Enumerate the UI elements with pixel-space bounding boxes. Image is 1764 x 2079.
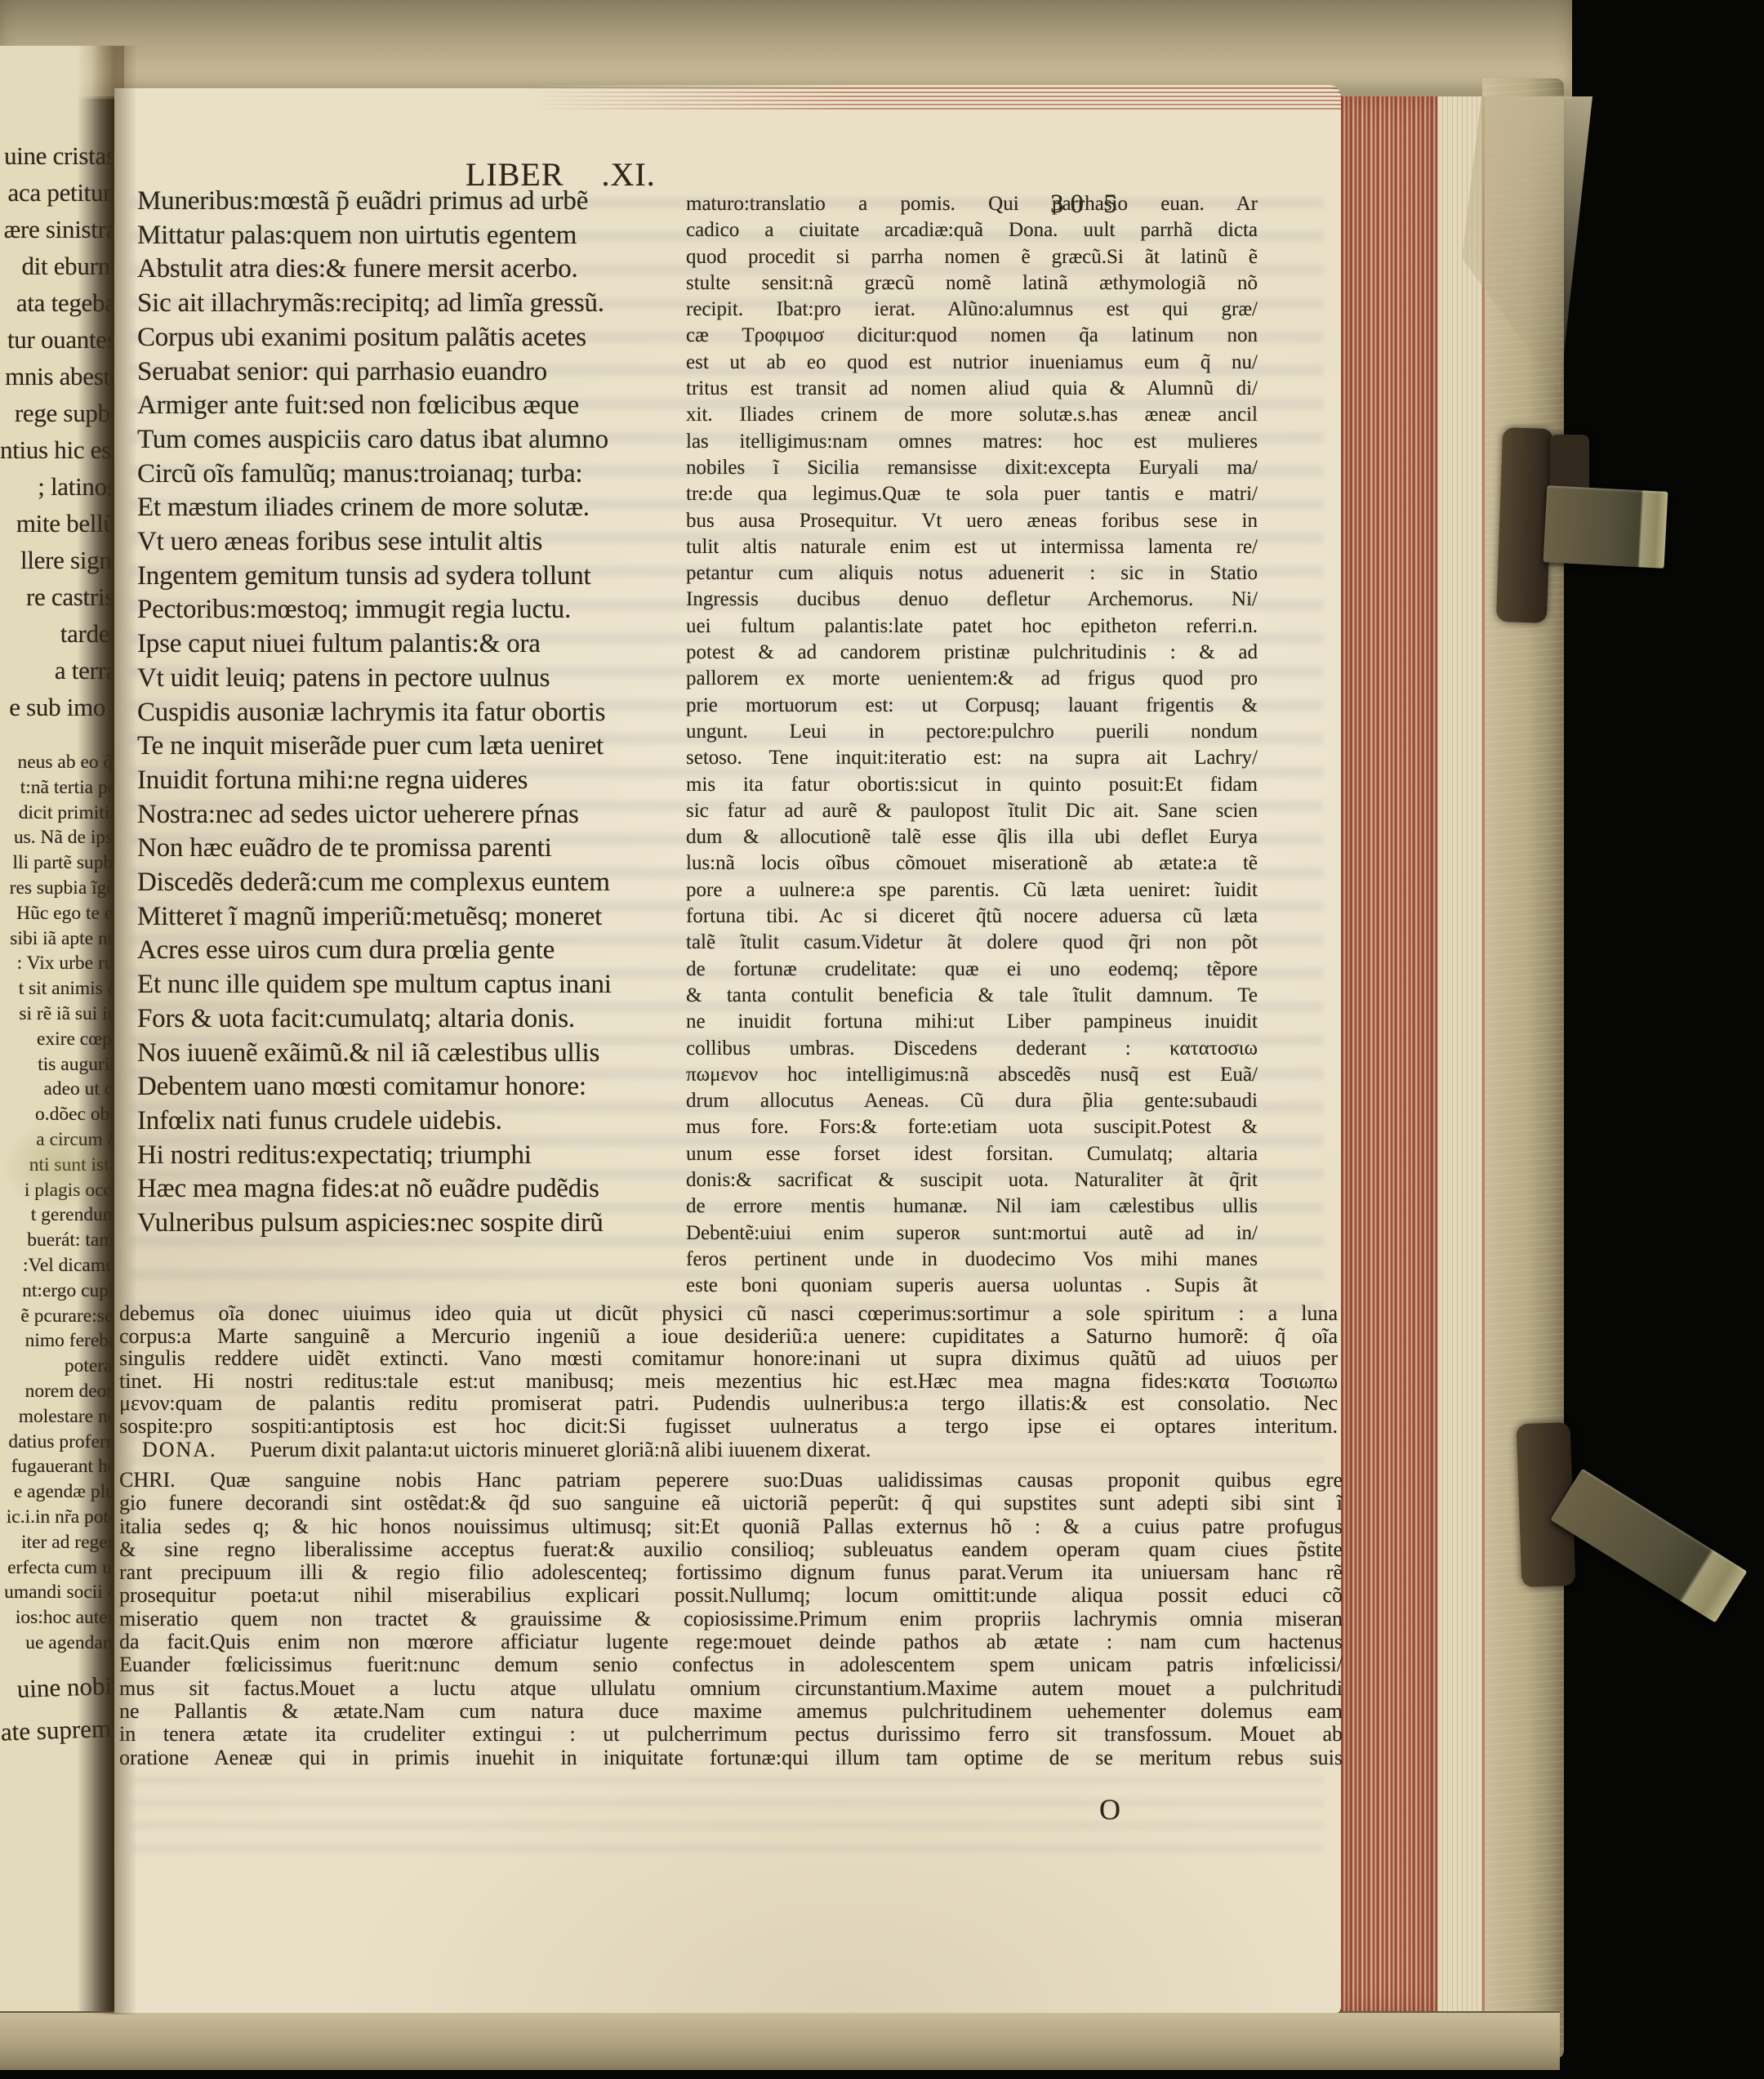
text-line: Vt uero æneas foribus sese intulit altis [137,525,696,560]
text-line: ære sinistræ [0,211,122,248]
text-line: nt:ergo cupiẽ [0,1278,122,1304]
text-line: xit. Iliades crinem de more solutæ.s.has… [686,402,1258,428]
text-line: corpus:a Marte sanguinẽ a Mercurio ingen… [119,1325,1338,1348]
book-page: LIBER .XI. 30 5 Muneribus:mœstã p̃ euãdr… [114,88,1341,2013]
text-line: Infœlix nati funus crudele uidebis. [137,1104,696,1139]
text-line: Ingressis ducibus denuo defletur Archemo… [686,587,1258,613]
text-line: gio funere decorandi sint ostẽdat:& q̃d … [119,1492,1343,1515]
text-line: si rẽ iã sui iu/ [0,1002,122,1027]
text-line: uine cristas: [0,137,122,174]
dona-text: Puerum dixit palanta:ut uictoris minuere… [250,1438,871,1461]
text-line: Te ne inquit miserãde puer cum læta ueni… [137,729,696,764]
text-line: iter ad regem [0,1530,122,1555]
text-line: singulis reddere uidẽt extincti. Vano mœ… [119,1347,1338,1370]
text-line: tur ouantes. [0,321,122,358]
text-line: neus ab eo q̃d [0,750,122,775]
commentary-full-width: debemus oĩa donec uiuimus ideo quia ut d… [119,1302,1338,1438]
text-line: dicit primitiæ [0,801,122,826]
text-line: Vt uidit leuiq; patens in pectore uulnus [137,662,696,696]
text-line: Sic ait illachrymãs:recipitq; ad limĩa g… [137,287,696,321]
text-line: lli partẽ supbo [0,850,122,876]
text-line: italia sedes q; & hic honos nouissimus u… [119,1515,1343,1538]
text-line: Tum comes auspiciis caro datus ibat alum… [137,423,696,457]
text-line: Debentẽ:uiui enim superoʀ sunt:mortui au… [686,1220,1258,1247]
text-line: unum esse forset idest forsitan. Cumulat… [686,1141,1258,1167]
text-line: : Vix urbe rue [0,951,122,976]
text-line: Hũc ego te eu [0,901,122,926]
text-line: Cuspidis ausoniæ lachrymis ita fatur obo… [137,696,696,730]
text-line: ; latinos. [0,468,122,505]
text-line: ue agendam. [0,1631,122,1656]
text-line: aca petitum [0,174,122,211]
text-line: este boni quoniam superis auersa uolunta… [686,1273,1258,1299]
text-line: e agendæ plus [0,1479,122,1505]
text-line: exire cœpi/ [0,1027,122,1052]
facing-page-sliver: uine cristas:aca petitumære sinistrædit … [0,46,124,2014]
text-line: miseratio quem non tractet & grauissime … [119,1608,1343,1631]
text-line: Mittatur palas:quem non uirtutis egentem [137,219,696,253]
text-line: ne Pallantis & ætate.Nam cum natura duce… [119,1700,1343,1723]
text-line: dum & allocutionẽ talẽ esse q̃lis illa u… [686,824,1258,850]
text-line: molestare no/ [0,1404,122,1430]
text-line: buerát: tamẽ [0,1228,122,1253]
text-line: ntius hic est. [0,431,122,468]
text-line: & sine regno liberalissime acceptus fuer… [119,1538,1343,1561]
text-line: Vulneribus pulsum aspicies:nec sospite d… [137,1207,696,1241]
facing-page-fragments-large: uine cristas:aca petitumære sinistrædit … [0,137,122,725]
text-line: potest & ad candorem pristinæ pulchritud… [686,640,1258,666]
text-line: drum allocutus Aeneas. Cũ dura p̃lia gen… [686,1088,1258,1114]
page-block-edge [1437,96,1485,2011]
text-line: tulit altis naturale enim est ut intermi… [686,534,1258,560]
text-line: t sit animis & [0,976,122,1002]
text-line: re castris) [0,578,122,615]
text-line: quod procedit si parrha nomen ẽ græcũ.Si… [686,244,1258,270]
text-line: Corpus ubi exanimi positum palãtis acete… [137,321,696,355]
commentary-column: maturo:translatio a pomis. Qui parrhasio… [686,191,1258,1299]
text-line: maturo:translatio a pomis. Qui parrhasio… [686,191,1258,217]
text-line: poterat. [0,1354,122,1379]
clasp-bottom-brass-strap [1550,1469,1747,1623]
text-line: debemus oĩa donec uiuimus ideo quia ut d… [119,1302,1338,1325]
text-line: prie mortuorum est: ut Corpusq; lauant f… [686,693,1258,719]
text-line: CHRI. Quæ sanguine nobis Hanc patriam pe… [119,1469,1343,1492]
text-line: datius proferri. [0,1430,122,1455]
text-line: tritus est transit ad nomen aliud quia &… [686,376,1258,402]
text-line: norem deorũ [0,1379,122,1404]
text-line: Hi nostri reditus:expectatiq; triumphi [137,1139,696,1173]
text-line: umandi socii & [0,1580,122,1605]
poem-column: Muneribus:mœstã p̃ euãdri primus ad urbẽ… [137,185,696,1241]
text-line: nobiles ĩ Sicilia remansisse dixit:excep… [686,455,1258,481]
text-line: Nos iuuenẽ exãimũ.& nil iã cælestibus ul… [137,1037,696,1071]
text-line: & tanta contulit beneficia & tale ĩtulit… [686,983,1258,1009]
text-line: Hæc mea magna fides:at nõ euãdre pudẽdis [137,1172,696,1207]
facing-page-fragments-bottom: uine nobisate supremis [0,1664,124,1753]
text-line: talẽ ĩtulit casum.Videtur ãt dolere quod… [686,930,1258,956]
red-stained-fore-edge [1341,96,1437,2011]
text-line: recipit. Ibat:pro ierat. Alũno:alumnus e… [686,297,1258,323]
text-line: tre:de qua legimus.Quæ te sola puer tant… [686,481,1258,507]
text-line: us. Nã de ipso [0,825,122,850]
text-line: Discedẽs dederã:cum me complexus euntem [137,866,696,900]
text-line: a terræ [0,652,122,689]
stain [5,1121,119,1211]
text-line: Non hæc euãdro de te promissa parenti [137,832,696,866]
text-line: :Vel dicamus [0,1253,122,1278]
text-line: ios:hoc autem [0,1605,122,1631]
text-line: Seruabat senior: qui parrhasio euandro [137,355,696,390]
book-photograph: uine cristas:aca petitumære sinistrædit … [0,0,1764,2079]
text-line: da facit.Quis enim non mœrore afficiatur… [119,1631,1343,1653]
text-line: prosequitur poeta:ut nihil miserabilius … [119,1584,1343,1607]
text-line: sic fatur ad aurẽ & paulopost ĩtulit Dic… [686,798,1258,824]
text-line: fortuna tibi. Ac si diceret q̃tũ nocere … [686,903,1258,930]
text-line: sospite:pro sospiti:antiptosis est hoc d… [119,1415,1338,1438]
text-line: mnis abesto [0,358,122,395]
text-line: ic.i.in nr̃a pote/ [0,1505,122,1530]
text-line: cæ Τροφιμοσ dicitur:quod nomen q̃a latin… [686,323,1258,349]
text-line: Ipse caput niuei fultum palantis:& ora [137,627,696,662]
text-line: ungunt. Leui in pectore:pulchro puerili … [686,719,1258,745]
dona-gloss: DONA. Puerum dixit palanta:ut uictoris m… [142,1438,871,1462]
text-line: oratione Aeneæ qui in primis inuehit in … [119,1747,1343,1769]
text-line: Circũ oĩs famulũq; manus:troianaq; turba… [137,457,696,492]
text-line: uine nobis [0,1664,122,1711]
text-line: Acres esse uiros cum dura prœlia gente [137,934,696,968]
text-line: ate supremis [0,1706,124,1753]
text-line: tis auguriis [0,1052,122,1077]
text-line: las itelligimus:nam omnes matres: hoc es… [686,429,1258,455]
text-line: Muneribus:mœstã p̃ euãdri primus ad urbẽ [137,185,696,219]
text-line: lus:nã locis oĩbus cõmouet miserationẽ a… [686,850,1258,877]
text-line: ẽ pcurare:sed [0,1304,122,1329]
text-line: μενον:quam de palantis reditu promiserat… [119,1392,1338,1415]
text-line: llere signa [0,542,122,578]
text-line: res supbia ĩgẽs [0,876,122,901]
text-line: Armiger ante fuit:sed non fœlicibus æque [137,389,696,423]
text-line: est ut ab eo quod est nutrior inueniamus… [686,350,1258,376]
text-line: erfecta cum ui/ [0,1555,122,1581]
text-line: mus fore. Fors:& forte:etiam uota suscip… [686,1114,1258,1140]
text-line: Et mæstum iliades crinem de more solutæ. [137,491,696,525]
text-line: rant precipuum illi & regio filio adoles… [119,1561,1343,1584]
text-line: Mitteret ĩ magnũ imperiũ:metuẽsq; monere… [137,900,696,935]
text-line: pore a uulnere:a spe parentis. Cũ læta u… [686,877,1258,903]
text-line: adeo ut cũ [0,1077,122,1102]
text-line: Pectoribus:mœstoq; immugit regia luctu. [137,593,696,627]
parchment-cover-bottom-edge [0,2011,1560,2070]
text-line: de errore mentis humanæ. Nil iam cælesti… [686,1193,1258,1220]
text-line: nimo ferebat [0,1328,122,1354]
parchment-cover-top-edge [0,0,1572,99]
text-line: bus ausa Prosequitur. Vt uero æneas fori… [686,508,1258,534]
text-line: tardet. [0,615,122,652]
text-line: Inuidit fortuna mihi:ne regna uideres [137,764,696,798]
text-line: feros pertinent unde in duodecimo Vos mi… [686,1247,1258,1273]
text-line: setoso. Tene inquit:iteratio est: na sup… [686,745,1258,771]
signature-mark: O [1099,1792,1120,1827]
text-line: ne inuidit fortuna mihi:ut Liber pampine… [686,1009,1258,1035]
text-line: Ingentem gemitum tunsis ad sydera tollun… [137,560,696,594]
text-line: e sub imo ẽ [0,689,122,725]
text-line: collibus umbras. Discedens dederant : κα… [686,1036,1258,1062]
text-line: Abstulit atra dies:& funere mersit acerb… [137,252,696,287]
text-line: fugauerant ho/ [0,1454,122,1479]
text-line: mis ita fatur obortis:sicut in quinto po… [686,772,1258,798]
text-line: Et nunc ille quidem spe multum captus in… [137,968,696,1002]
text-line: Debentem uano mœsti comitamur honore: [137,1070,696,1104]
text-line: tinet. Hi nostri reditus:tale est:ut man… [119,1370,1338,1393]
text-line: donis:& sacrificat & suscipit uota. Natu… [686,1167,1258,1193]
text-line: cadico a ciuitate arcadiæ:quã Dona. uult… [686,217,1258,243]
text-line: ata tegebat [0,284,122,321]
text-line: mite bellũ: [0,505,122,542]
dona-label: DONA. [142,1438,217,1461]
text-line: Fors & uota facit:cumulatq; altaria doni… [137,1002,696,1037]
text-line: dit eburnũ [0,248,122,284]
text-line: sibi iã apte nul [0,926,122,952]
clasp-top-brass-strap [1543,485,1668,569]
text-line: pallorem ex morte uenientem:& ad frigus … [686,666,1258,692]
text-line: stulte sensit:nã græcũ nomẽ latinã æthym… [686,270,1258,297]
text-line: uei fultum palantis:late patet hoc epith… [686,613,1258,640]
chri-gloss: CHRI. Quæ sanguine nobis Hanc patriam pe… [119,1469,1343,1769]
text-line: in tenera ætate ita crudeliter extingui … [119,1723,1343,1746]
text-line: rege supbo [0,395,122,431]
text-line: Nostra:nec ad sedes uictor ueherere pŕna… [137,798,696,832]
text-line: Euander fœlicissimus fuerit:nunc demum s… [119,1653,1343,1676]
text-line: de fortunæ crudelitate: quæ ei uno eodem… [686,957,1258,983]
text-line: πωμενον hoc intelligimus:nã abscedẽs nus… [686,1062,1258,1088]
page-top-red-edge [114,85,1341,109]
text-line: t:nã tertia per [0,775,122,801]
text-line: petantur cum aliquis notus aduenerit : s… [686,560,1258,587]
text-line: mus sit factus.Mouet a luctu atque ullul… [119,1677,1343,1700]
